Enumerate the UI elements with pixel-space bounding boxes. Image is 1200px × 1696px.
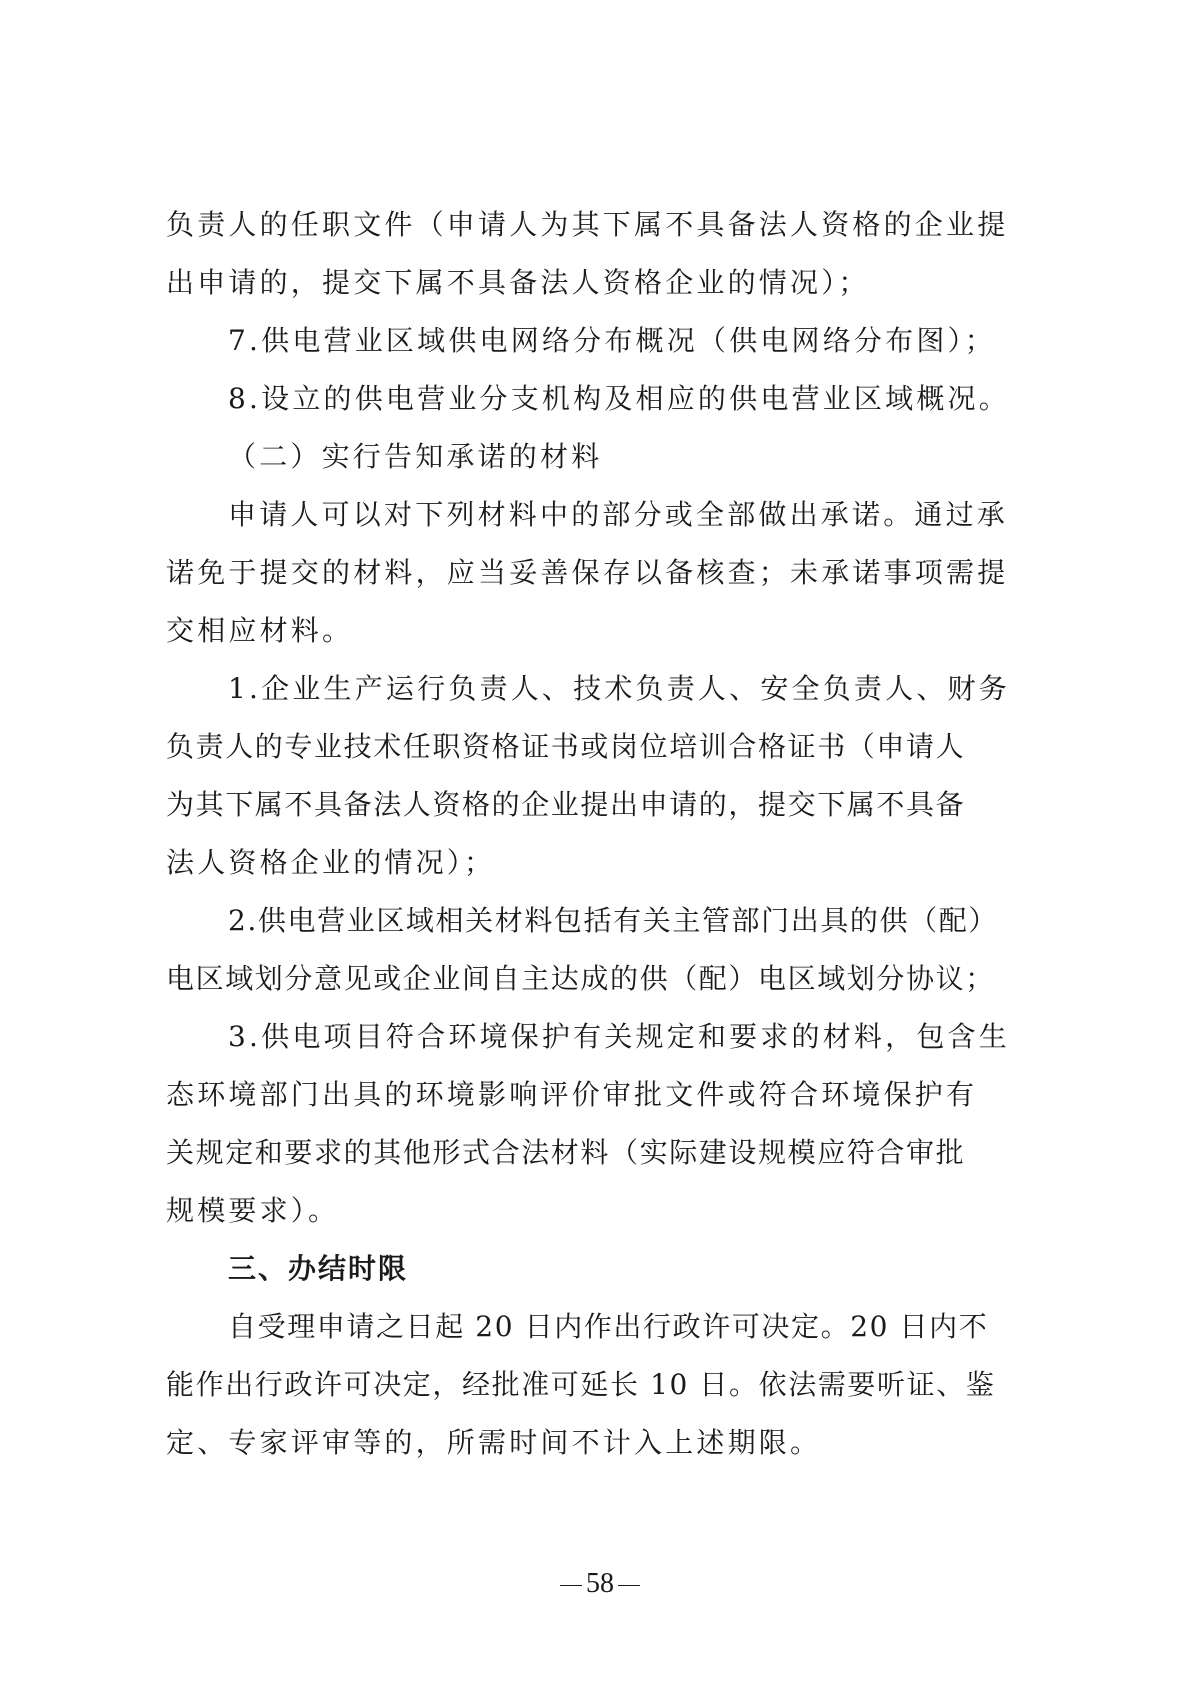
subheading-notification-commitment: （二）实行告知承诺的材料 [166, 428, 1046, 486]
paragraph-line: 态环境部门出具的环境影响评价审批文件或符合环境保护有 [166, 1066, 1046, 1124]
paragraph-line: 交相应材料。 [166, 602, 1046, 660]
list-item-1: 1.企业生产运行负责人、技术负责人、安全负责人、财务 [166, 660, 1046, 718]
list-item-7: 7.供电营业区域供电网络分布概况（供电网络分布图）； [166, 312, 1046, 370]
paragraph-line: 负责人的专业技术任职资格证书或岗位培训合格证书（申请人 [166, 718, 1046, 776]
section-heading-processing-time: 三、办结时限 [166, 1240, 1046, 1298]
dash-right [618, 1585, 640, 1587]
paragraph-line: 自受理申请之日起 20 日内作出行政许可决定。20 日内不 [166, 1298, 1046, 1356]
paragraph-line: 诺免于提交的材料，应当妥善保存以备核查；未承诺事项需提 [166, 544, 1046, 602]
paragraph-line: 申请人可以对下列材料中的部分或全部做出承诺。通过承 [166, 486, 1046, 544]
list-item-8: 8.设立的供电营业分支机构及相应的供电营业区域概况。 [166, 370, 1046, 428]
list-item-3: 3.供电项目符合环境保护有关规定和要求的材料，包含生 [166, 1008, 1046, 1066]
document-page: 负责人的任职文件（申请人为其下属不具备法人资格的企业提 出申请的，提交下属不具备… [0, 0, 1200, 1696]
paragraph-line: 定、专家评审等的，所需时间不计入上述期限。 [166, 1414, 1046, 1472]
dash-left [560, 1585, 582, 1587]
paragraph-line: 规模要求）。 [166, 1182, 1046, 1240]
page-number-value: 58 [586, 1568, 614, 1599]
paragraph-line: 电区域划分意见或企业间自主达成的供（配）电区域划分协议； [166, 950, 1046, 1008]
paragraph-line: 关规定和要求的其他形式合法材料（实际建设规模应符合审批 [166, 1124, 1046, 1182]
document-body: 负责人的任职文件（申请人为其下属不具备法人资格的企业提 出申请的，提交下属不具备… [166, 196, 1046, 1472]
paragraph-line: 为其下属不具备法人资格的企业提出申请的，提交下属不具备 [166, 776, 1046, 834]
paragraph-line: 负责人的任职文件（申请人为其下属不具备法人资格的企业提 [166, 196, 1046, 254]
paragraph-line: 法人资格企业的情况）； [166, 834, 1046, 892]
paragraph-line: 出申请的，提交下属不具备法人资格企业的情况）； [166, 254, 1046, 312]
paragraph-line: 能作出行政许可决定，经批准可延长 10 日。依法需要听证、鉴 [166, 1356, 1046, 1414]
list-item-2: 2.供电营业区域相关材料包括有关主管部门出具的供（配） [166, 892, 1046, 950]
page-number: 58 [0, 1568, 1200, 1600]
